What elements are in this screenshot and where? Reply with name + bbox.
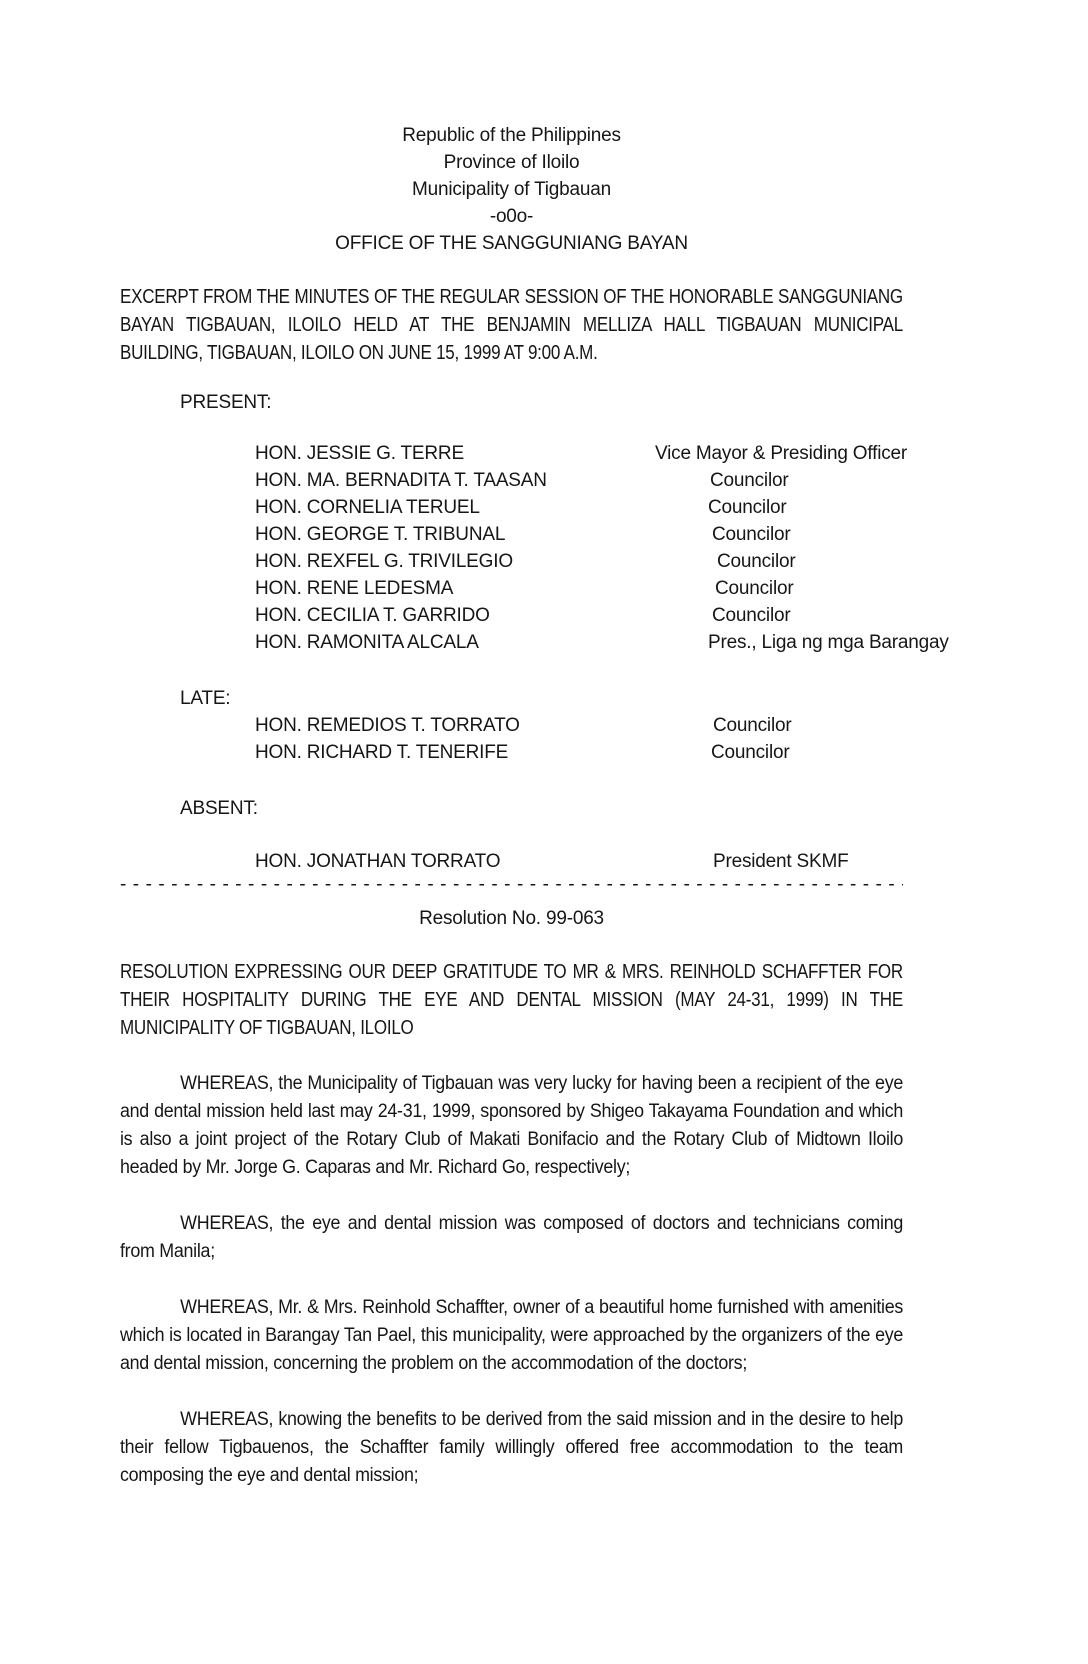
whereas-paragraph-4: WHEREAS, knowing the benefits to be deri… bbox=[120, 1406, 903, 1490]
whereas-paragraph-2: WHEREAS, the eye and dental mission was … bbox=[120, 1210, 903, 1266]
attendee-title: Pres., Liga ng mga Barangay bbox=[708, 629, 949, 656]
attendee-title: President SKMF bbox=[713, 848, 849, 875]
attendee-title: Councilor bbox=[711, 739, 789, 766]
attendee-name: HON. JONATHAN TORRATO bbox=[255, 848, 655, 875]
attendee-name: HON. RENE LEDESMA bbox=[255, 575, 655, 602]
attendee-name: HON. REXFEL G. TRIVILEGIO bbox=[255, 548, 655, 575]
attendance-row: HON. REMEDIOS T. TORRATO Councilor bbox=[120, 712, 903, 739]
attendee-name: HON. MA. BERNADITA T. TAASAN bbox=[255, 467, 655, 494]
attendee-name: HON. RICHARD T. TENERIFE bbox=[255, 739, 655, 766]
attendance-row: HON. CECILIA T. GARRIDO Councilor bbox=[120, 602, 903, 629]
attendance-row: HON. RENE LEDESMA Councilor bbox=[120, 575, 903, 602]
attendee-title: Councilor bbox=[717, 548, 795, 575]
attendee-title: Councilor bbox=[712, 521, 790, 548]
attendance-row: HON. RAMONITA ALCALA Pres., Liga ng mga … bbox=[120, 629, 903, 656]
attendee-title: Councilor bbox=[712, 602, 790, 629]
attendance-row: HON. RICHARD T. TENERIFE Councilor bbox=[120, 739, 903, 766]
attendance-row: HON. JESSIE G. TERRE Vice Mayor & Presid… bbox=[120, 440, 903, 467]
header-line-province: Province of Iloilo bbox=[120, 149, 903, 176]
attendee-name: HON. RAMONITA ALCALA bbox=[255, 629, 655, 656]
attendee-title: Councilor bbox=[715, 575, 793, 602]
header-line-office: OFFICE OF THE SANGGUNIANG BAYAN bbox=[120, 230, 903, 257]
absent-label: ABSENT: bbox=[180, 795, 903, 822]
excerpt-paragraph: EXCERPT FROM THE MINUTES OF THE REGULAR … bbox=[120, 283, 903, 367]
dashed-separator: - - - - - - - - - - - - - - - - - - - - … bbox=[120, 875, 903, 895]
attendance-row: HON. CORNELIA TERUEL Councilor bbox=[120, 494, 903, 521]
attendance-row: HON. JONATHAN TORRATO President SKMF bbox=[120, 848, 903, 875]
header-line-republic: Republic of the Philippines bbox=[120, 122, 903, 149]
resolution-title: RESOLUTION EXPRESSING OUR DEEP GRATITUDE… bbox=[120, 958, 903, 1042]
whereas-paragraph-3: WHEREAS, Mr. & Mrs. Reinhold Schaffter, … bbox=[120, 1294, 903, 1378]
present-list: HON. JESSIE G. TERRE Vice Mayor & Presid… bbox=[120, 440, 903, 656]
attendee-name: HON. REMEDIOS T. TORRATO bbox=[255, 712, 655, 739]
document-header: Republic of the Philippines Province of … bbox=[120, 122, 903, 257]
attendance-row: HON. GEORGE T. TRIBUNAL Councilor bbox=[120, 521, 903, 548]
attendee-title: Councilor bbox=[710, 467, 788, 494]
attendee-title: Councilor bbox=[708, 494, 786, 521]
attendance-row: HON. MA. BERNADITA T. TAASAN Councilor bbox=[120, 467, 903, 494]
header-line-ornament: -o0o- bbox=[120, 203, 903, 230]
resolution-number: Resolution No. 99-063 bbox=[120, 905, 903, 932]
absent-list: HON. JONATHAN TORRATO President SKMF bbox=[120, 848, 903, 875]
attendee-name: HON. CECILIA T. GARRIDO bbox=[255, 602, 655, 629]
late-label: LATE: bbox=[180, 685, 903, 712]
attendee-name: HON. CORNELIA TERUEL bbox=[255, 494, 655, 521]
attendee-title: Councilor bbox=[713, 712, 791, 739]
document-page: Republic of the Philippines Province of … bbox=[0, 0, 1088, 1664]
header-line-municipality: Municipality of Tigbauan bbox=[120, 176, 903, 203]
attendee-name: HON. GEORGE T. TRIBUNAL bbox=[255, 521, 655, 548]
whereas-paragraph-1: WHEREAS, the Municipality of Tigbauan wa… bbox=[120, 1070, 903, 1182]
attendee-title: Vice Mayor & Presiding Officer bbox=[655, 440, 907, 467]
attendee-name: HON. JESSIE G. TERRE bbox=[255, 440, 655, 467]
attendance-row: HON. REXFEL G. TRIVILEGIO Councilor bbox=[120, 548, 903, 575]
present-label: PRESENT: bbox=[180, 389, 903, 416]
document-content: Republic of the Philippines Province of … bbox=[120, 0, 903, 1490]
late-list: HON. REMEDIOS T. TORRATO Councilor HON. … bbox=[120, 712, 903, 766]
